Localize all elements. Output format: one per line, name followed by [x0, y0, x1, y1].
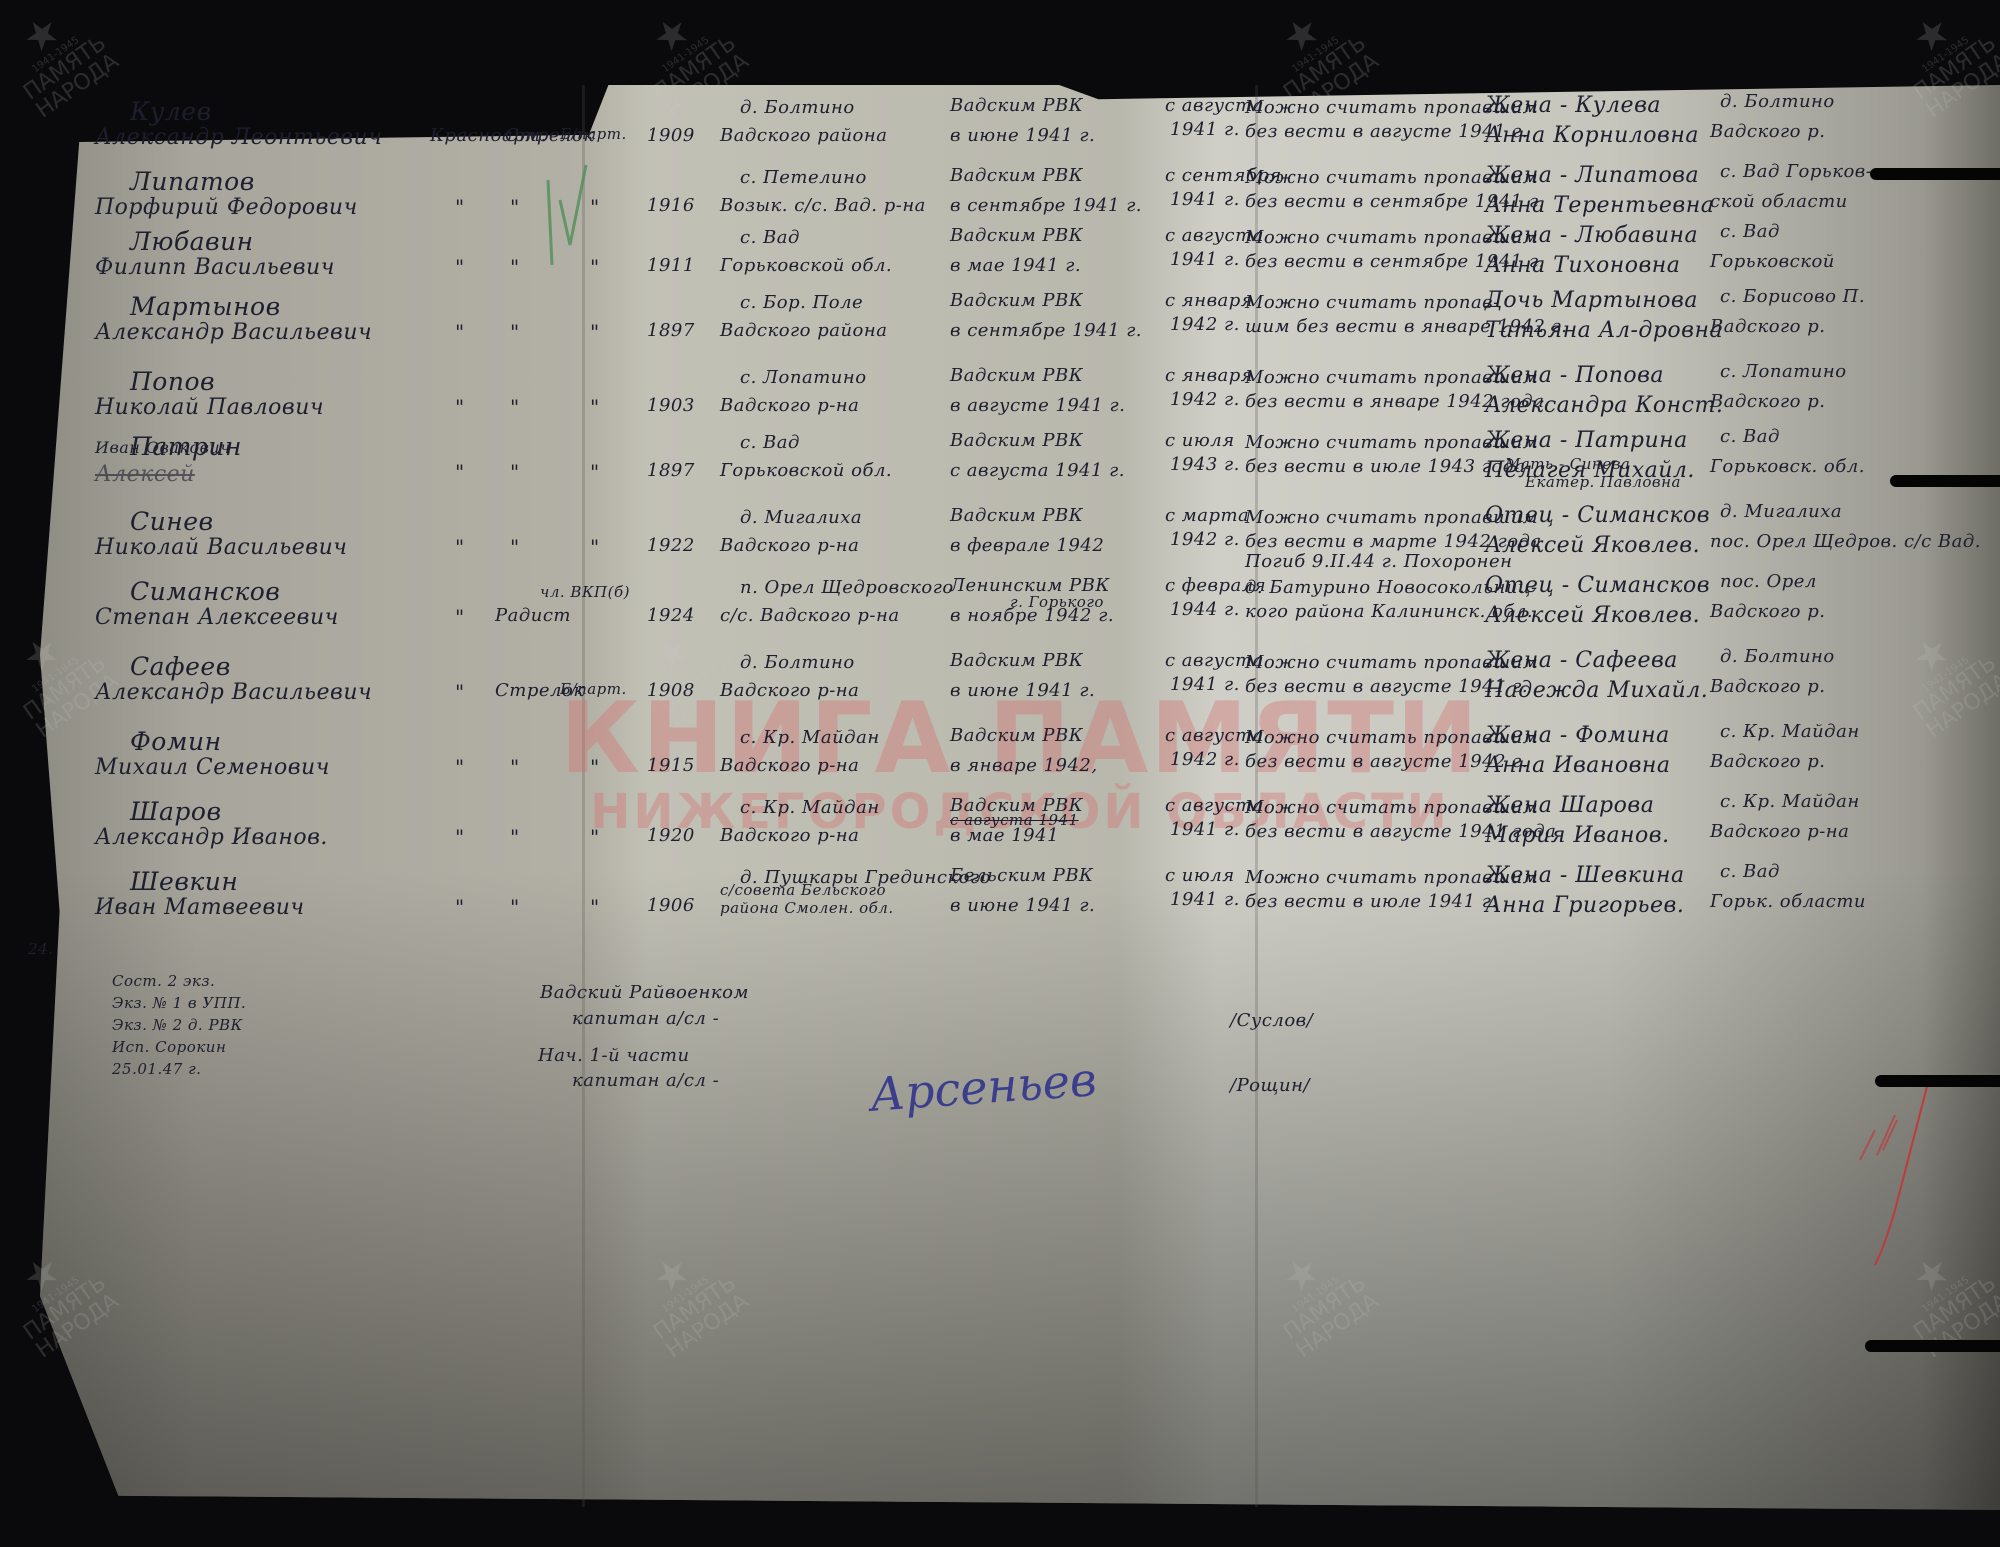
status-note: Можно считать пропав-: [1245, 292, 1500, 313]
birthplace: д. Болтино: [740, 97, 855, 118]
surname: Мартынов: [130, 292, 281, 321]
relative-address: пос. Орел Щедров. с/с Вад.: [1710, 531, 1981, 552]
birthplace: Вадского р-на: [720, 825, 859, 846]
draft-date: в январе 1942,: [950, 755, 1098, 776]
relative-address: Горьк. области: [1710, 891, 1866, 912]
missing-since-year: 1941 г.: [1170, 189, 1240, 210]
relative: Жена - Фомина: [1485, 723, 1670, 748]
party: ": [590, 535, 600, 559]
given-name: Михаил Семенович: [95, 755, 330, 780]
commissar-title: Вадский Райвоенком: [540, 982, 749, 1003]
relative-address: Вадского р.: [1710, 316, 1825, 337]
position: ": [510, 255, 520, 279]
party: ": [590, 895, 600, 919]
birthplace: д. Болтино: [740, 652, 855, 673]
position: ": [510, 895, 520, 919]
birthplace: п. Орел Щедровского: [740, 577, 954, 598]
page-fold: [582, 85, 585, 1507]
birthplace: Горьковской обл.: [720, 460, 892, 481]
birthplace: с/совета Бельского: [720, 881, 886, 899]
party: ": [590, 255, 600, 279]
missing-since-year: 1941 г.: [1170, 119, 1240, 140]
relative: Дочь Мартынова: [1485, 288, 1698, 313]
birthplace: с. Петелино: [740, 167, 867, 188]
birthplace: Возык. с/с. Вад. р-на: [720, 195, 926, 216]
given-name: Александр Васильевич: [95, 320, 372, 345]
position: ": [510, 460, 520, 484]
relative-name: Анна Григорьев.: [1485, 893, 1684, 918]
relative-address: Вадского р-на: [1710, 821, 1849, 842]
given-name: Филипп Васильевич: [95, 255, 335, 280]
draft-date: в сентябре 1941 г.: [950, 195, 1142, 216]
missing-since: с июля: [1165, 865, 1235, 886]
relative-address: с. Борисово П.: [1720, 286, 1865, 307]
watermark-tile: ★1941-1945ПАМЯТЬНАРОДА: [0, 0, 123, 123]
relative-address: с. Вад: [1720, 426, 1780, 447]
birth-year: 1906: [647, 895, 695, 916]
rank: ": [455, 535, 465, 559]
green-check-mark-icon: [540, 160, 590, 270]
birthplace: Горьковской обл.: [720, 255, 892, 276]
rank: ": [455, 255, 465, 279]
party: Б/парт.: [560, 125, 627, 143]
star-icon: ★: [1882, 0, 1982, 78]
status-note: без вести в июле 1943 года: [1245, 456, 1526, 477]
missing-since: с января: [1165, 365, 1253, 386]
star-icon: ★: [1252, 0, 1352, 78]
party: ": [590, 460, 600, 484]
surname: Попов: [130, 367, 215, 396]
party: ": [590, 755, 600, 779]
birthplace: с. Вад: [740, 432, 800, 453]
draft-office: Бельским РВК: [950, 865, 1093, 886]
birth-year: 1911: [647, 255, 695, 276]
missing-since-year: 1944 г.: [1170, 599, 1240, 620]
compiled-line: 25.01.47 г.: [112, 1060, 201, 1078]
surname: Симансков: [130, 577, 280, 606]
given-name: Степан Алексеевич: [95, 605, 339, 630]
relative: Жена - Попова: [1485, 363, 1664, 388]
missing-since-year: 1942 г.: [1170, 749, 1240, 770]
surname: Сафеев: [130, 652, 231, 681]
position: Радист: [495, 605, 571, 626]
position: ": [510, 395, 520, 419]
relative: Жена - Шевкина: [1485, 863, 1685, 888]
missing-since-year: 1943 г.: [1170, 454, 1240, 475]
relative: Жена - Любавина: [1485, 223, 1698, 248]
given-name: Николай Васильевич: [95, 535, 347, 560]
draft-office: Вадским РВК: [950, 430, 1083, 451]
birthplace: с. Кр. Майдан: [740, 727, 880, 748]
relative-name: Татьяна Ал-дровна: [1485, 318, 1723, 343]
missing-since-year: 1941 г.: [1170, 889, 1240, 910]
draft-office: Вадским РВК: [950, 365, 1083, 386]
relative: Екатер. Павловна: [1525, 473, 1681, 491]
binding-clip: [1870, 168, 2000, 180]
birth-year: 1915: [647, 755, 695, 776]
party: ": [590, 195, 600, 219]
relative-address: д. Болтино: [1720, 91, 1835, 112]
relative-address: Горьковской: [1710, 251, 1835, 272]
relative-name: Анна Ивановна: [1485, 753, 1671, 778]
relative: Отец - Симансков: [1485, 503, 1710, 528]
relative-address: с. Кр. Майдан: [1720, 721, 1860, 742]
birthplace: с. Бор. Поле: [740, 292, 863, 313]
rank: ": [455, 320, 465, 344]
relative: Жена - Патрина: [1485, 428, 1688, 453]
surname: Синев: [130, 507, 214, 536]
relative-name: Мария Иванов.: [1485, 823, 1670, 848]
position: ": [510, 320, 520, 344]
party: ": [590, 395, 600, 419]
position: ": [510, 825, 520, 849]
relative-address: Вадского р.: [1710, 121, 1825, 142]
position: ": [510, 535, 520, 559]
birth-year: 1924: [647, 605, 695, 626]
party: Б/парт.: [560, 680, 627, 698]
relative-name: Алексей Яковлев.: [1485, 533, 1700, 558]
struck-given-name: Алексей: [95, 462, 195, 487]
relative-address: Горьковск. обл.: [1710, 456, 1865, 477]
missing-since: с января: [1165, 290, 1253, 311]
binding-clip: [1875, 1075, 2000, 1087]
surname: Кулев: [130, 97, 212, 126]
surname: Шевкин: [130, 867, 238, 896]
commissar-name: /Суслов/: [1230, 1010, 1313, 1031]
missing-since-year: 1942 г.: [1170, 314, 1240, 335]
draft-date: в сентябре 1941 г.: [950, 320, 1142, 341]
given-name: Николай Павлович: [95, 395, 324, 420]
party: ": [590, 320, 600, 344]
relative-name: Анна Тихоновна: [1485, 253, 1680, 278]
chief-rank: капитан а/сл -: [572, 1070, 719, 1091]
relative-address: д. Болтино: [1720, 646, 1835, 667]
birth-year: 1897: [647, 460, 695, 481]
position: ": [510, 755, 520, 779]
relative-name: Алексей Яковлев.: [1485, 603, 1700, 628]
surname: Любавин: [130, 227, 254, 256]
relative-address: пос. Орел: [1720, 571, 1817, 592]
birth-year: 1909: [647, 125, 695, 146]
birth-year: 1922: [647, 535, 695, 556]
relative-address: Вадского р.: [1710, 391, 1825, 412]
draft-office: Вадским РВК: [950, 505, 1083, 526]
relative: Отец - Симансков: [1485, 573, 1710, 598]
relative-address: Вадского р.: [1710, 676, 1825, 697]
relative-address: с. Лопатино: [1720, 361, 1847, 382]
compiled-line: Экз. № 1 в УПП.: [112, 994, 246, 1012]
relative: Жена - Липатова: [1485, 163, 1699, 188]
missing-since-year: 1942 г.: [1170, 389, 1240, 410]
rank: ": [455, 460, 465, 484]
draft-office: Вадским РВК: [950, 290, 1083, 311]
star-icon: ★: [622, 0, 722, 78]
relative-address: д. Мигалиха: [1720, 501, 1842, 522]
birthplace: района Смолен. обл.: [720, 899, 894, 917]
draft-office: Вадским РВК: [950, 95, 1083, 116]
draft-office: Вадским РВК: [950, 725, 1083, 746]
chief-name: /Рощин/: [1230, 1075, 1310, 1096]
draft-date: в мае 1941: [950, 825, 1059, 846]
surname: Шаров: [130, 797, 222, 826]
birthplace: д. Мигалиха: [740, 507, 862, 528]
given-name: Иван Матвеевич: [95, 895, 305, 920]
surname: Фомин: [130, 727, 222, 756]
binding-clip: [1865, 1340, 2000, 1352]
relative: Мать - Синева: [1505, 455, 1630, 473]
given-name: Порфирий Федорович: [95, 195, 358, 220]
compiled-line: Сост. 2 экз.: [112, 972, 215, 990]
birth-year: 1908: [647, 680, 695, 701]
rank: ": [455, 895, 465, 919]
relative-address: с. Кр. Майдан: [1720, 791, 1860, 812]
draft-date: в июне 1941 г.: [950, 895, 1095, 916]
relative-address: Вадского р.: [1710, 601, 1825, 622]
relative-name: Анна Корниловна: [1485, 123, 1699, 148]
chief-title: Нач. 1-й части: [538, 1045, 690, 1066]
relative: Жена - Сафеева: [1485, 648, 1678, 673]
rank: ": [455, 395, 465, 419]
birthplace: с. Кр. Майдан: [740, 797, 880, 818]
birthplace: Вадского р-на: [720, 535, 859, 556]
missing-since: с марта: [1165, 505, 1249, 526]
birth-year: 1897: [647, 320, 695, 341]
birthplace: Вадского р-на: [720, 755, 859, 776]
binding-clip: [1890, 475, 2000, 487]
missing-since-year: 1941 г.: [1170, 249, 1240, 270]
draft-date: в июне 1941 г.: [950, 125, 1095, 146]
rank: ": [455, 755, 465, 779]
birth-year: 1903: [647, 395, 695, 416]
given-name: Иван Овакович: [95, 438, 231, 457]
relative-address: с. Вад: [1720, 861, 1780, 882]
relative-name: Надежда Михайл.: [1485, 678, 1708, 703]
missing-since-year: 1942 г.: [1170, 529, 1240, 550]
draft-date: в феврале 1942: [950, 535, 1104, 556]
status-note: Погиб 9.II.44 г. Похоронен: [1245, 551, 1512, 572]
birthplace: с. Вад: [740, 227, 800, 248]
relative-address: ской области: [1710, 191, 1848, 212]
rank: ": [455, 605, 465, 629]
draft-office: Вадским РВК: [950, 650, 1083, 671]
birthplace: с. Лопатино: [740, 367, 867, 388]
relative-name: Александра Конст.: [1485, 393, 1723, 418]
birthplace: Вадского р-на: [720, 680, 859, 701]
relative: Жена - Кулева: [1485, 93, 1661, 118]
given-name: Александр Иванов.: [95, 825, 328, 850]
position: ": [510, 195, 520, 219]
draft-office: Вадским РВК: [950, 225, 1083, 246]
compiled-line: Экз. № 2 д. РВК: [112, 1016, 243, 1034]
birth-year: 1920: [647, 825, 695, 846]
draft-date: в мае 1941 г.: [950, 255, 1081, 276]
draft-date: в августе 1941 г.: [950, 395, 1125, 416]
relative-address: с. Вад Горьков-: [1720, 161, 1872, 182]
missing-since: с июля: [1165, 430, 1235, 451]
red-pencil-mark-icon: [1855, 1070, 1935, 1290]
draft-date: в ноябре 1942 г.: [950, 605, 1114, 626]
commissar-rank: капитан а/сл -: [572, 1008, 719, 1029]
surname: Липатов: [130, 167, 255, 196]
party: чл. ВКП(б): [540, 583, 630, 601]
draft-office: Вадским РВК: [950, 165, 1083, 186]
birthplace: Вадского района: [720, 320, 887, 341]
draft-date: в июне 1941 г.: [950, 680, 1095, 701]
rank: ": [455, 680, 465, 704]
birthplace: Вадского р-на: [720, 395, 859, 416]
status-note: без вести в июле 1941 г.: [1245, 891, 1498, 912]
rank: ": [455, 825, 465, 849]
given-name: Александр Леонтьевич: [95, 125, 382, 150]
birthplace: с/с. Вадского р-на: [720, 605, 900, 626]
missing-since-year: 1941 г.: [1170, 674, 1240, 695]
margin-number: 24.: [28, 940, 53, 958]
party: ": [590, 825, 600, 849]
birth-year: 1916: [647, 195, 695, 216]
birthplace: Вадского района: [720, 125, 887, 146]
relative-address: Вадского р.: [1710, 751, 1825, 772]
relative-address: с. Вад: [1720, 221, 1780, 242]
draft-date: с августа 1941 г.: [950, 460, 1125, 481]
missing-since-year: 1941 г.: [1170, 819, 1240, 840]
star-icon: ★: [0, 0, 92, 78]
compiled-line: Исп. Сорокин: [112, 1038, 226, 1056]
relative-name: Анна Терентьевна: [1485, 193, 1714, 218]
given-name: Александр Васильевич: [95, 680, 372, 705]
relative: Жена Шарова: [1485, 793, 1654, 818]
rank: ": [455, 195, 465, 219]
